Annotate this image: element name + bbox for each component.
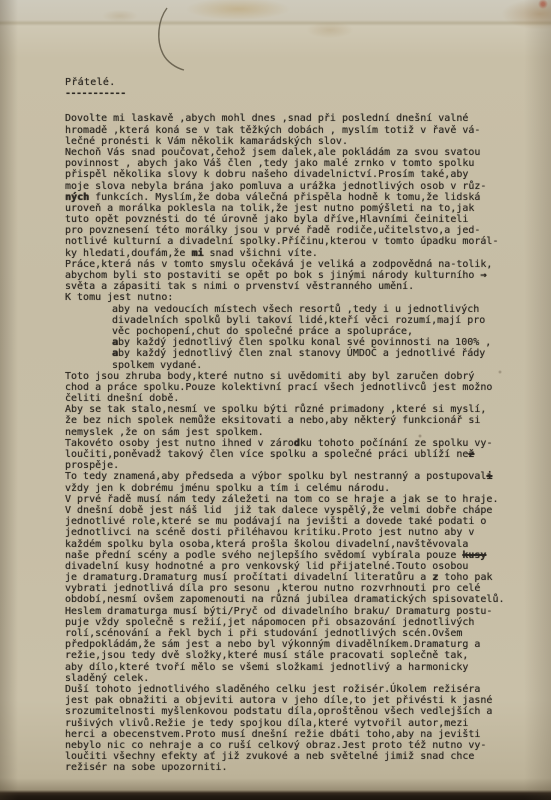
document-photo: Přátelé. ----------- Dovolte mi laskavě … xyxy=(0,0,551,800)
pencil-mark-icon xyxy=(150,4,200,76)
text-line: V prvé řadě musí nám tedy záležeti na to… xyxy=(65,494,551,505)
text-line: aby každý jednotlivý člen znal stanovy Ú… xyxy=(65,348,551,359)
typewritten-text: aby na vedoucích místech všech resortů ,… xyxy=(112,304,479,315)
text-line: ných funkcích. Myslím,že doba válečná př… xyxy=(65,192,551,203)
typewritten-text: věc pochopení,chut do společné práce a s… xyxy=(112,326,413,337)
typewritten-text: divadelní kusy hodnotné a pro venkovský … xyxy=(65,561,468,572)
text-line: herci a obecenstvem.Proto musí dnešní re… xyxy=(65,729,551,740)
text-line: pro povznesení této morálky jsou v prvé … xyxy=(65,225,551,236)
typewritten-text: lečné pronésti k Vám několik kamarádskýc… xyxy=(65,136,348,147)
typewritten-text: loučiti,poněvadž takový člen více spolku… xyxy=(65,449,468,460)
text-line: ky hledati,doufám,že mi snad všichni vít… xyxy=(65,248,551,259)
typewritten-text: čeliti dnešní době. xyxy=(65,393,179,404)
text-line: spolkem vydané. xyxy=(65,360,551,371)
text-line: nemyslek ,že on sám jest spolkem. xyxy=(65,427,551,438)
typewritten-text: chod a práce spolku.Pouze kolektivní pra… xyxy=(65,382,492,393)
typewritten-text: by každý jednotlivý člen spolku konal sv… xyxy=(118,337,491,348)
typewritten-text: Aby se tak stalo,nesmí ve spolku býti rů… xyxy=(65,404,486,415)
typewritten-text: moje slova nebyla brána jako pomluva a u… xyxy=(65,181,486,192)
text-line: puje vždy společně s režií,jet nápomocen… xyxy=(65,617,551,628)
typewritten-text: abychom byli sto postaviti se opět po bo… xyxy=(65,270,480,281)
text-line: rolí,scénování a řekl bych i při studová… xyxy=(65,628,551,639)
text-line: Aby se tak stalo,nesmí ve spolku býti rů… xyxy=(65,404,551,415)
text-line: K tomu jest nutno: xyxy=(65,292,551,303)
typewritten-text: snad všichni víte. xyxy=(203,248,317,259)
typewritten-text: režisér na sobe upozorniti. xyxy=(65,762,228,773)
typewritten-text: Heslem dramaturga musí býti/Pryč od diva… xyxy=(65,606,492,617)
typewritten-text: by každý jednotlivý člen znal stanovy ÚM… xyxy=(118,348,485,359)
text-line: Toto jsou zhruba body,které nutno si uvě… xyxy=(65,371,551,382)
text-line: jednotlivci na scéně dosti přiléhavou kr… xyxy=(65,527,551,538)
overtyped-text: mi xyxy=(191,248,203,259)
typewritten-text: režie,jsou tedy dvě složky,které musí st… xyxy=(65,650,468,661)
text-line: aby na vedoucích místech všech resortů ,… xyxy=(65,304,551,315)
text-line: aby dílo,které tvoří mělo se všemi složk… xyxy=(65,662,551,673)
typewritten-text: ky hledati,doufám,že xyxy=(65,248,191,259)
text-line: lečné pronésti k Vám několik kamarádskýc… xyxy=(65,136,551,147)
typewritten-text: K tomu jest nutno: xyxy=(65,292,173,303)
text-line: srozumitelnosti myšlenkovou podstatu díl… xyxy=(65,706,551,717)
typewritten-text: rolí,scénování a řekl bych i při studová… xyxy=(65,628,462,639)
typewritten-text: hromadě ,která koná se v tak těžkých dob… xyxy=(65,125,480,136)
typewritten-text: spolkem vydané. xyxy=(112,360,202,371)
typewritten-text: Dovolte mi laskavě ,abych mohl dnes ,sna… xyxy=(65,113,468,124)
typewritten-text: je dramaturg.Dramaturg musí pročítati di… xyxy=(65,572,432,583)
typewritten-text: funkcích. Myslím,že doba válečná přispěl… xyxy=(89,192,480,203)
text-line: abychom byli sto postaviti se opět po bo… xyxy=(65,270,551,281)
text-line: divadelních spolků byli takoví lidé,kteř… xyxy=(65,315,551,326)
typewritten-text: každém spolku byla osoba,která prošla šk… xyxy=(65,539,468,550)
typewritten-text: vybrati jednotlivá díla pro sesonu ,kter… xyxy=(65,583,480,594)
text-line: rušivých vlivů.Režie je tedy spojkou díl… xyxy=(65,718,551,729)
typewritten-text: jednotlivci na scéně dosti přiléhavou kr… xyxy=(65,527,474,538)
text-line: loučiti všechny efekty ať již zvukové a … xyxy=(65,751,551,762)
text-line: moje slova nebyla brána jako pomluva a u… xyxy=(65,181,551,192)
typewritten-text: uroveň a morálka poklesla na tolik,že je… xyxy=(65,203,474,214)
overtyped-text: ⇒ xyxy=(480,270,486,281)
overtyped-text: kusy xyxy=(462,550,486,561)
typewritten-text: prospěje. xyxy=(65,460,119,471)
typewritten-text: aby dílo,které tvoří mělo se všemi složk… xyxy=(65,662,468,673)
text-line: chod a práce spolku.Pouze kolektivní pra… xyxy=(65,382,551,393)
text-line: aby každý jednotlivý člen spolku konal s… xyxy=(65,337,551,348)
typewritten-text: loučiti všechny efekty ať již zvukové a … xyxy=(65,751,474,762)
text-line: jest pak obnažiti a objeviti autora v je… xyxy=(65,695,551,706)
text-line: V dnešní době jest náš lid již tak dalec… xyxy=(65,505,551,516)
typewritten-text: notlivé kulturní a divadelní spolky.Příč… xyxy=(65,236,498,247)
text-line: věc pochopení,chut do společné práce a s… xyxy=(65,326,551,337)
overtyped-text: i xyxy=(486,471,492,482)
text-line: prospěje. xyxy=(65,460,551,471)
typewritten-text: naše přední scény a podle svého nejlepší… xyxy=(65,550,462,561)
text-line: období,nesmí ovšem zapomenouti na různá … xyxy=(65,594,551,605)
typewritten-text: Nechoň Vás snad poučovat,čehož jsem dale… xyxy=(65,147,480,158)
text-line: že bez nich spolek nemůže eksitovati a n… xyxy=(65,415,551,426)
text-line: hromadě ,která koná se v tak těžkých dob… xyxy=(65,125,551,136)
typewritten-text: rušivých vlivů.Režie je tedy spojkou díl… xyxy=(65,718,468,729)
typewritten-text: To tedy znamená,aby předseda a výbor spo… xyxy=(65,471,486,482)
typewritten-text: toho pak xyxy=(438,572,492,583)
typewritten-text: jest pak obnažiti a objeviti autora v je… xyxy=(65,695,492,706)
text-line: Práce,která nás v tomto smyslu očekává j… xyxy=(65,259,551,270)
text-line: sladěný celek. xyxy=(65,673,551,684)
text-line: vybrati jednotlivá díla pro sesonu ,kter… xyxy=(65,583,551,594)
typewritten-text: přispěl několika slovy k dobru našeho di… xyxy=(65,169,468,180)
document-text: Přátelé. ----------- Dovolte mi laskavě … xyxy=(65,77,551,773)
typewritten-text: ku tohoto počínání ze spolku vy- xyxy=(300,438,493,449)
text-line: vždy jen k dobrému jménu spolku a tím i … xyxy=(65,483,551,494)
typewritten-text: tuto opět povznésti do té úrovně jako by… xyxy=(65,214,468,225)
typewritten-text: že bez nich spolek nemůže eksitovati a n… xyxy=(65,415,480,426)
text-line: Duší tohoto jednotlivého sladěného celku… xyxy=(65,684,551,695)
document-lines: Dovolte mi laskavě ,abych mohl dnes ,sna… xyxy=(65,113,551,773)
title-underline: ----------- xyxy=(65,88,551,99)
typewritten-text: puje vždy společně s režií,jet nápomocen… xyxy=(65,617,474,628)
typewritten-text: Takovéto osoby jest nutno ihned v záro xyxy=(65,438,294,449)
typewritten-text: divadelních spolků byli takoví lidé,kteř… xyxy=(112,315,485,326)
typewritten-text: V dnešní době jest náš lid již tak dalec… xyxy=(65,505,492,516)
typewritten-text: srozumitelnosti myšlenkovou podstatu díl… xyxy=(65,706,492,717)
text-line: divadelní kusy hodnotné a pro venkovský … xyxy=(65,561,551,572)
typewritten-text: období,nesmí ovšem zapomenouti na různá … xyxy=(65,594,505,605)
typewritten-text: V prvé řadě musí nám tedy záležeti na to… xyxy=(65,494,498,505)
typewritten-text: vždy jen k dobrému jménu spolku a tím i … xyxy=(65,483,390,494)
text-line: nebylo nic co nehraje a co ruší celkový … xyxy=(65,740,551,751)
text-line: Heslem dramaturga musí býti/Pryč od diva… xyxy=(65,606,551,617)
text-line: přispěl několika slovy k dobru našeho di… xyxy=(65,169,551,180)
typewritten-text: světa a zápasiti tak s nimi o prvenství … xyxy=(65,281,414,292)
text-line: režie,jsou tedy dvě složky,které musí st… xyxy=(65,650,551,661)
text-line: světa a zápasiti tak s nimi o prvenství … xyxy=(65,281,551,292)
typewritten-text: Duší tohoto jednotlivého sladěného celku… xyxy=(65,684,480,695)
text-line: loučiti,poněvadž takový člen více spolku… xyxy=(65,449,551,460)
text-line: jednotlivé role,které se mu podávají na … xyxy=(65,516,551,527)
typewritten-text: Práce,která nás v tomto smyslu očekává j… xyxy=(65,259,492,270)
text-line: povinnost , abych jako Váš člen ,tedy ja… xyxy=(65,158,551,169)
typewritten-text: herci a obecenstvem.Proto musí dnešní re… xyxy=(65,729,480,740)
overtyped-text: ž xyxy=(468,449,474,460)
text-line: Nechoň Vás snad poučovat,čehož jsem dale… xyxy=(65,147,551,158)
text-line: tuto opět povznésti do té úrovně jako by… xyxy=(65,214,551,225)
text-line: režisér na sobe upozorniti. xyxy=(65,762,551,773)
typewritten-text: předpokládám,že sám jest a nebo byl výko… xyxy=(65,639,480,650)
text-line: Takovéto osoby jest nutno ihned v zárodk… xyxy=(65,438,551,449)
text-line: uroveň a morálka poklesla na tolik,že je… xyxy=(65,203,551,214)
typewritten-text: povinnost , abych jako Váš člen ,tedy ja… xyxy=(65,158,474,169)
page-title: Přátelé. xyxy=(65,77,551,88)
text-line: Dovolte mi laskavě ,abych mohl dnes ,sna… xyxy=(65,113,551,124)
typewritten-text: nebylo nic co nehraje a co ruší celkový … xyxy=(65,740,486,751)
text-line: každém spolku byla osoba,která prošla šk… xyxy=(65,539,551,550)
text-line: naše přední scény a podle svého nejlepší… xyxy=(65,550,551,561)
text-line: je dramaturg.Dramaturg musí pročítati di… xyxy=(65,572,551,583)
typewritten-text: nemyslek ,že on sám jest spolkem. xyxy=(65,427,264,438)
typewritten-text: jednotlivé role,které se mu podávají na … xyxy=(65,516,486,527)
text-line: předpokládám,že sám jest a nebo byl výko… xyxy=(65,639,551,650)
overtyped-text: ných xyxy=(65,192,89,203)
text-line: notlivé kulturní a divadelní spolky.Příč… xyxy=(65,236,551,247)
typewritten-text: sladěný celek. xyxy=(65,673,149,684)
text-line: čeliti dnešní době. xyxy=(65,393,551,404)
typewritten-text: pro povznesení této morálky jsou v prvé … xyxy=(65,225,480,236)
text-line: To tedy znamená,aby předseda a výbor spo… xyxy=(65,471,551,482)
typewritten-text: Toto jsou zhruba body,které nutno si uvě… xyxy=(65,371,474,382)
